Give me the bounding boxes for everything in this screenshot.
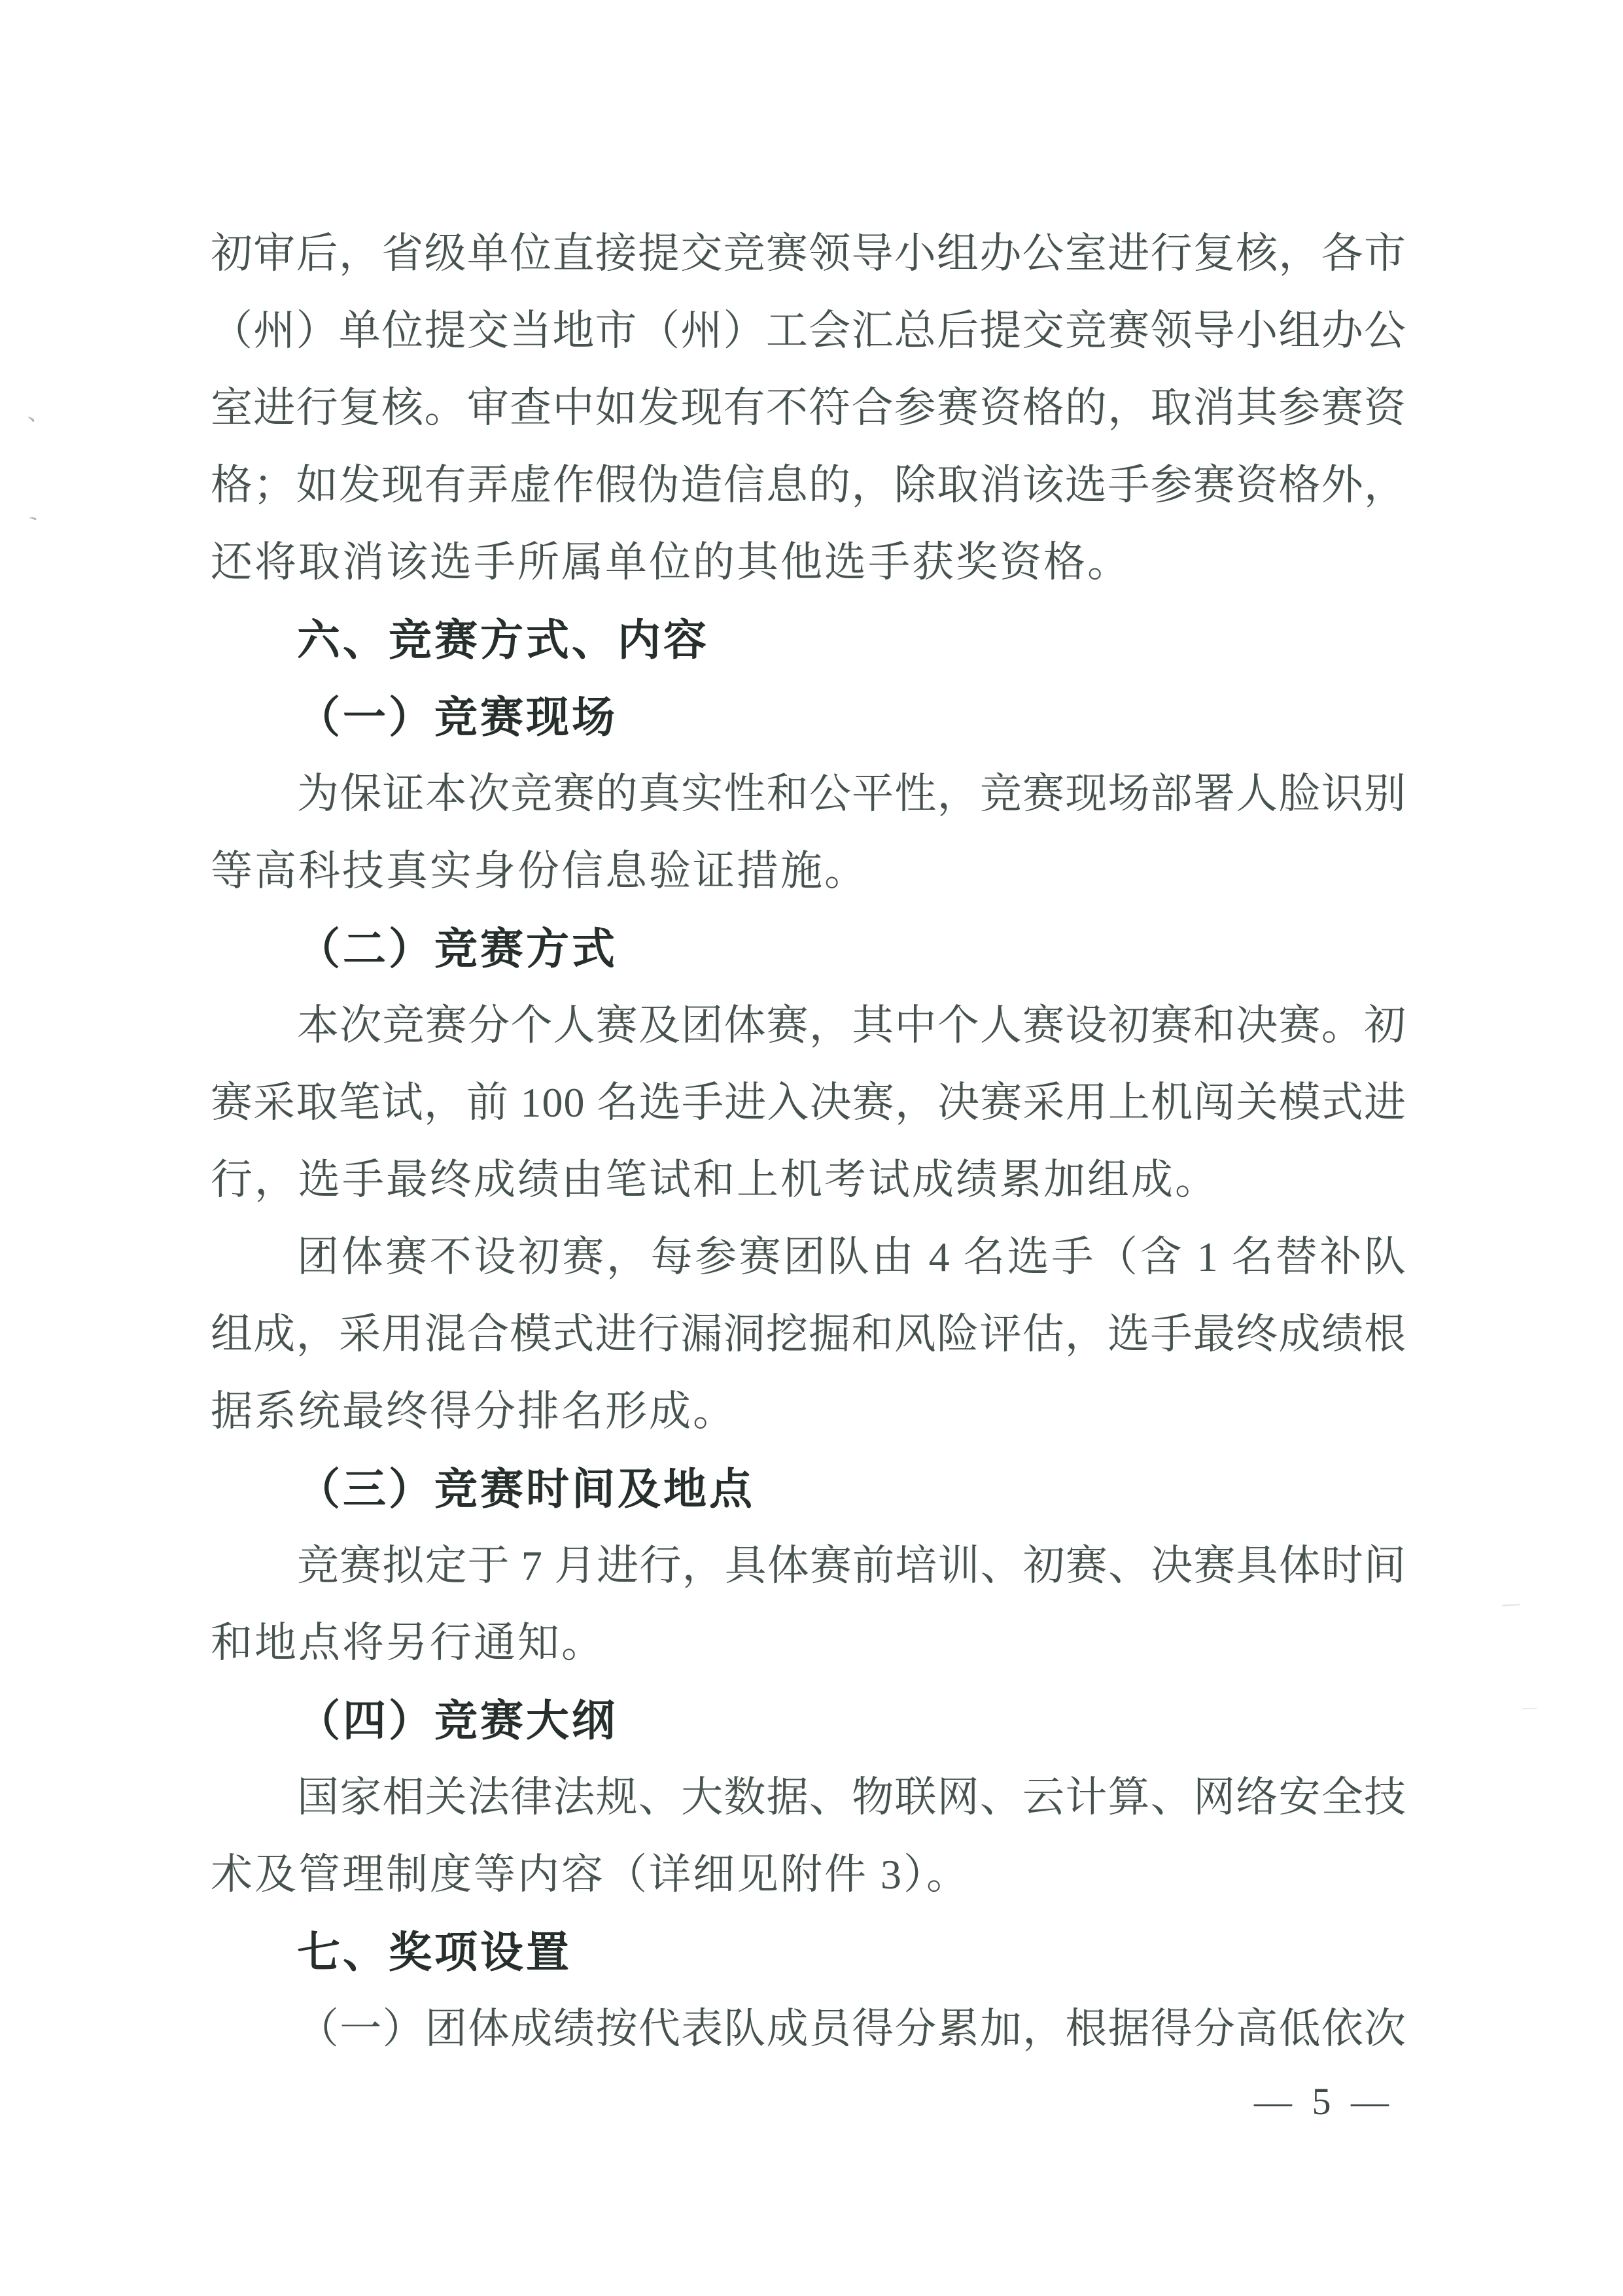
text-line: （州）单位提交当地市（州）工会汇总后提交竞赛领导小组办公 [211, 292, 1406, 370]
text-line: 团体赛不设初赛，每参赛团队由 4 名选手（含 1 名替补队员） [211, 1219, 1406, 1296]
text-line: 还将取消该选手所属单位的其他选手获奖资格。 [211, 524, 1406, 601]
heading-line: （三）竞赛时间及地点 [211, 1450, 1406, 1527]
heading-line: （二）竞赛方式 [211, 910, 1406, 987]
text-line: 术及管理制度等内容（详细见附件 3）。 [211, 1836, 1406, 1913]
text-line: 为保证本次竞赛的真实性和公平性，竞赛现场部署人脸识别 [211, 756, 1406, 833]
heading-line: 六、竞赛方式、内容 [211, 601, 1406, 678]
heading-line: 七、奖项设置 [211, 1913, 1406, 1991]
scan-speck: — [1501, 1594, 1522, 1615]
text-line: 等高科技真实身份信息验证措施。 [211, 833, 1406, 910]
text-line: 格；如发现有弄虚作假伪造信息的，除取消该选手参赛资格外， [211, 447, 1406, 524]
heading-line: （四）竞赛大纲 [211, 1682, 1406, 1759]
text-line: 赛采取笔试，前 100 名选手进入决赛，决赛采用上机闯关模式进 [211, 1064, 1406, 1141]
text-line: 竞赛拟定于 7 月进行，具体赛前培训、初赛、决赛具体时间 [211, 1527, 1406, 1605]
scan-speck: 、 [25, 399, 52, 426]
heading-line: （一）竞赛现场 [211, 678, 1406, 756]
page-number: — 5 — [1254, 2072, 1394, 2131]
text-line: 和地点将另行通知。 [211, 1605, 1406, 1682]
text-line: 组成，采用混合模式进行漏洞挖掘和风险评估，选手最终成绩根 [211, 1296, 1406, 1373]
text-line: 本次竞赛分个人赛及团体赛，其中个人赛设初赛和决赛。初 [211, 987, 1406, 1064]
scan-speck: — [1521, 1699, 1539, 1717]
scan-speck: 、 [21, 495, 52, 525]
text-line: 据系统最终得分排名形成。 [211, 1373, 1406, 1450]
document-body: 初审后，省级单位直接提交竞赛领导小组办公室进行复核，各市（州）单位提交当地市（州… [211, 215, 1406, 2068]
text-line: （一）团体成绩按代表队成员得分累加，根据得分高低依次 [211, 1991, 1406, 2068]
document-page: 初审后，省级单位直接提交竞赛领导小组办公室进行复核，各市（州）单位提交当地市（州… [0, 0, 1623, 2296]
text-line: 室进行复核。审查中如发现有不符合参赛资格的，取消其参赛资 [211, 370, 1406, 447]
text-line: 国家相关法律法规、大数据、物联网、云计算、网络安全技 [211, 1759, 1406, 1836]
text-line: 行，选手最终成绩由笔试和上机考试成绩累加组成。 [211, 1141, 1406, 1219]
text-line: 初审后，省级单位直接提交竞赛领导小组办公室进行复核，各市 [211, 215, 1406, 292]
